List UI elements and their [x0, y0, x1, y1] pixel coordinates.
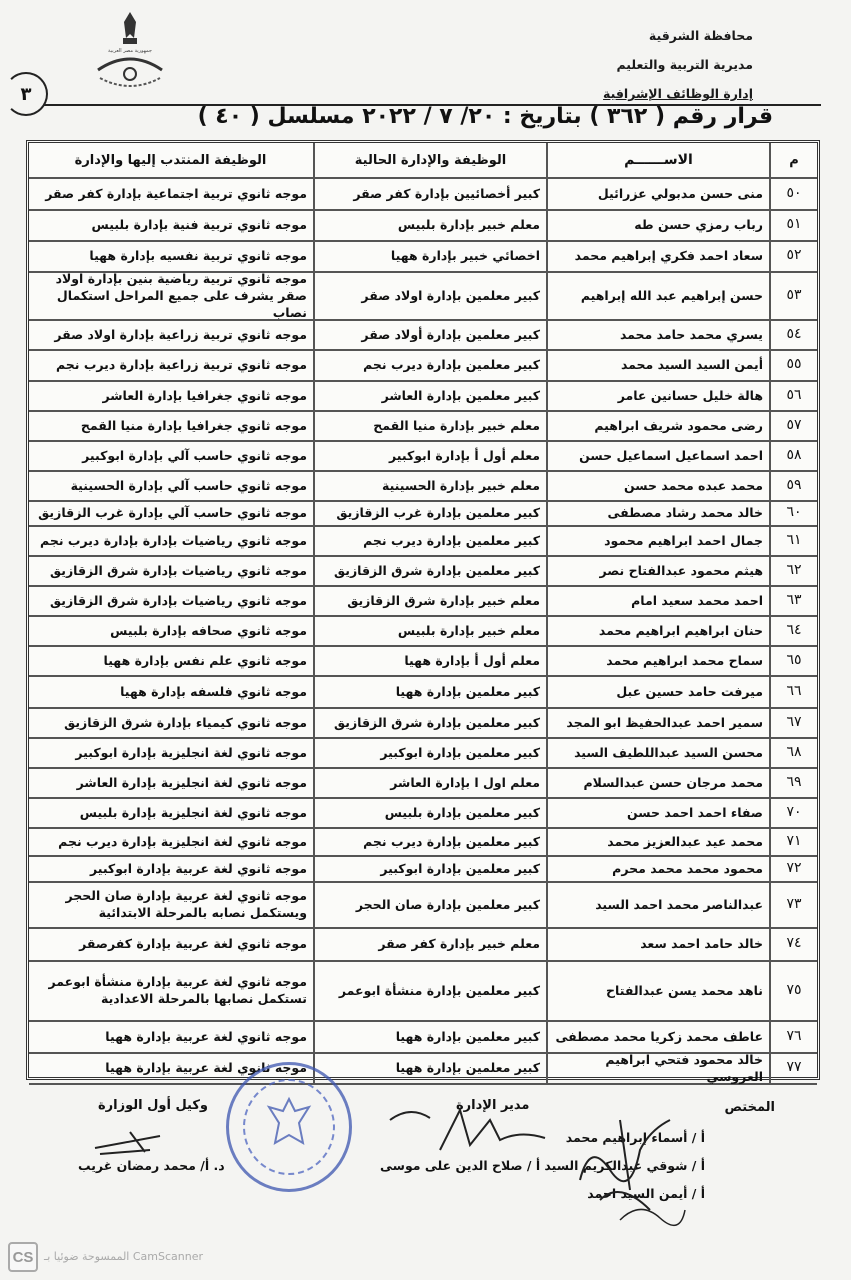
row-number: ٦٧	[769, 707, 817, 737]
current-position: معلم خبير بإدارة بلبيس	[313, 209, 546, 240]
table-row: ٦٤حنان ابراهيم ابراهيم محمدمعلم خبير بإد…	[29, 615, 817, 647]
current-position: كبير معلمين بإدارة منشأة ابوعمر	[313, 960, 546, 1020]
assigned-position: موجه ثانوي رياضيات بإدارة شرق الزقازيق	[28, 585, 313, 615]
current-position: كبير معلمين بإدارة ابوكبير	[313, 737, 546, 767]
row-number: ٦٥	[769, 645, 817, 675]
current-position: كبير معلمين بإدارة ديرب نجم	[313, 525, 546, 555]
assigned-position: موجه ثانوي لغة انجليزية بإدارة ابوكبير	[28, 737, 313, 767]
employee-name: حسن إبراهيم عبد الله إبراهيم	[546, 271, 769, 319]
row-number: ٧٧	[769, 1052, 817, 1083]
employee-name: منى حسن مدبولي عزرائيل	[546, 177, 769, 209]
employee-name: جمال احمد ابراهيم محمود	[546, 525, 769, 555]
assigned-position: موجه ثانوي لغة انجليزية بإدارة بلبيس	[28, 797, 313, 827]
employee-name: سماح محمد ابراهيم محمد	[546, 645, 769, 675]
current-position: كبير معلمين بإدارة بلبيس	[313, 797, 546, 827]
table-row: ٦٨محسن السيد عبداللطيف السيدكبير معلمين …	[29, 737, 817, 769]
current-position: معلم خبير بإدارة بلبيس	[313, 615, 546, 645]
employee-name: خالد محمود فتحي ابراهيم العروسي	[546, 1052, 769, 1083]
table-row: ٥٠منى حسن مدبولي عزرائيلكبير أخصائيين بإ…	[29, 177, 817, 211]
assigned-position: موجه ثانوي تربية رياضية بنين بإدارة اولا…	[28, 271, 313, 319]
assigned-position: موجه ثانوي علم نفس بإدارة ههيا	[28, 645, 313, 675]
row-number: ٥١	[769, 209, 817, 240]
employee-name: يسري محمد حامد محمد	[546, 319, 769, 349]
assigned-position: موجه ثانوي لغة انجليزية بإدارة ديرب نجم	[28, 827, 313, 855]
assigned-position: موجه ثانوي حاسب آلي بإدارة ابوكبير	[28, 440, 313, 470]
current-position: معلم أول أ بإدارة ابوكبير	[313, 440, 546, 470]
employee-name: خالد حامد احمد سعد	[546, 927, 769, 960]
assigned-position: موجه ثانوي صحافه بإدارة بلبيس	[28, 615, 313, 645]
row-number: ٧٥	[769, 960, 817, 1020]
table-row: ٥١رباب رمزي حسن طهمعلم خبير بإدارة بلبيس…	[29, 209, 817, 242]
employee-name: محسن السيد عبداللطيف السيد	[546, 737, 769, 767]
row-number: ٥٦	[769, 380, 817, 410]
employee-name: احمد محمد سعيد امام	[546, 585, 769, 615]
svg-text:جمهورية مصر العربية: جمهورية مصر العربية	[108, 48, 152, 54]
table-row: ٦٥سماح محمد ابراهيم محمدمعلم أول أ بإدار…	[29, 645, 817, 677]
employee-name: ناهد محمد يسن عبدالفتاح	[546, 960, 769, 1020]
table-row: ٧٢محمود محمد محمد محرمكبير معلمين بإدارة…	[29, 855, 817, 883]
specialist-signature-icon	[560, 1100, 690, 1230]
table-row: ٥٨احمد اسماعيل اسماعيل حسنمعلم أول أ بإد…	[29, 440, 817, 472]
current-position: كبير أخصائيين بإدارة كفر صقر	[313, 177, 546, 209]
row-number: ٦٨	[769, 737, 817, 767]
assigned-position: موجه ثانوي لغة عربية بإدارة كفرصقر	[28, 927, 313, 960]
employee-name: ميرفت حامد حسين عبل	[546, 675, 769, 707]
employee-name: محمد عبده محمد حسن	[546, 470, 769, 500]
row-number: ٦٩	[769, 767, 817, 797]
row-number: ٦١	[769, 525, 817, 555]
undersecretary-signature-icon	[90, 1128, 170, 1158]
current-position: معلم خبير بإدارة شرق الزقازيق	[313, 585, 546, 615]
document-page: محافظة الشرقية مديرية التربية والتعليم إ…	[0, 0, 851, 1280]
assigned-position: موجه ثانوي تربية اجتماعية بإدارة كفر صقر	[28, 177, 313, 209]
table-row: ٥٧رضى محمود شريف ابراهيممعلم خبير بإدارة…	[29, 410, 817, 442]
assigned-position: موجه ثانوي حاسب آلي بإدارة الحسينية	[28, 470, 313, 500]
assigned-position: موجه ثانوي كيمياء بإدارة شرق الزقازيق	[28, 707, 313, 737]
current-position: كبير معلمين بإدارة ديرب نجم	[313, 349, 546, 380]
undersecretary-name: د. أ/ محمد رمضان غريب	[78, 1158, 225, 1173]
current-position: اخصائي خبير بإدارة ههيا	[313, 240, 546, 271]
director-name: أ / صلاح الدين على موسى	[380, 1158, 540, 1173]
camscanner-watermark: الممسوحة ضوئيا بـ CamScanner	[44, 1250, 203, 1263]
table-header-row: م الاســــــم الوظيفة والإدارة الحالية ا…	[29, 143, 817, 179]
assigned-position: موجه ثانوي تربية فنية بإدارة بلبيس	[28, 209, 313, 240]
column-header-new-job: الوظيفة المنتدب إليها والإدارة	[28, 143, 313, 177]
table-row: ٧٤خالد حامد احمد سعدمعلم خبير بإدارة كفر…	[29, 927, 817, 962]
employee-name: احمد اسماعيل اسماعيل حسن	[546, 440, 769, 470]
undersecretary-title: وكيل أول الوزارة	[98, 1098, 208, 1113]
employee-name: هيثم محمود عبدالفتاح نصر	[546, 555, 769, 585]
row-number: ٧١	[769, 827, 817, 855]
table-row: ٧٠صفاء احمد احمد حسنكبير معلمين بإدارة ب…	[29, 797, 817, 829]
row-number: ٥٢	[769, 240, 817, 271]
specialist-title: المختص	[725, 1100, 775, 1115]
current-position: كبير معلمين بإدارة ابوكبير	[313, 855, 546, 881]
table-row: ٦٩محمد مرجان حسن عبدالسلاممعلم اول ا بإد…	[29, 767, 817, 799]
column-header-current-job: الوظيفة والإدارة الحالية	[313, 143, 546, 177]
department-label: إدارة الوظائف الإشرافية	[603, 86, 753, 101]
row-number: ٧٠	[769, 797, 817, 827]
row-number: ٧٤	[769, 927, 817, 960]
table-row: ٦٣احمد محمد سعيد اماممعلم خبير بإدارة شر…	[29, 585, 817, 617]
current-position: كبير معلمين بإدارة شرق الزقازيق	[313, 555, 546, 585]
row-number: ٥٠	[769, 177, 817, 209]
employee-name: سعاد احمد فكري إبراهيم محمد	[546, 240, 769, 271]
assigned-position: موجه ثانوي فلسفه بإدارة ههيا	[28, 675, 313, 707]
employee-name: سمير احمد عبدالحفيظ ابو المجد	[546, 707, 769, 737]
current-position: معلم خبير بإدارة الحسينية	[313, 470, 546, 500]
row-number: ٦٣	[769, 585, 817, 615]
current-position: كبير معلمين بإدارة العاشر	[313, 380, 546, 410]
governorate-label: محافظة الشرقية	[649, 28, 753, 43]
decree-title: قرار رقم ( ٣٦٢ ) بتاريخ : ٢٠/ ٧ / ٢٠٢٢ م…	[198, 104, 773, 129]
employee-name: أيمن السيد السيد محمد	[546, 349, 769, 380]
current-position: كبير معلمين بإدارة غرب الزقازيق	[313, 500, 546, 525]
row-number: ٥٥	[769, 349, 817, 380]
table-row: ٦٦ميرفت حامد حسين عبلكبير معلمين بإدارة …	[29, 675, 817, 709]
row-number: ٥٣	[769, 271, 817, 319]
row-number: ٥٤	[769, 319, 817, 349]
assigned-position: موجه ثانوي جغرافيا بإدارة منيا القمح	[28, 410, 313, 440]
current-position: كبير معلمين بإدارة أولاد صقر	[313, 319, 546, 349]
assigned-position: موجه ثانوي حاسب آلي بإدارة غرب الزقازيق	[28, 500, 313, 525]
employee-name: محمد عيد عبدالعزيز محمد	[546, 827, 769, 855]
current-position: كبير معلمين بإدارة شرق الزقازيق	[313, 707, 546, 737]
assigned-position: موجه ثانوي رياضيات بإدارة شرق الزقازيق	[28, 555, 313, 585]
row-number: ٦٢	[769, 555, 817, 585]
current-position: معلم خبير بإدارة منيا القمح	[313, 410, 546, 440]
assigned-position: موجه ثانوي لغة عربية بإدارة منشأة ابوعمر…	[28, 960, 313, 1020]
table-row: ٥٦هالة خليل حسانين عامركبير معلمين بإدار…	[29, 380, 817, 412]
official-stamp-icon	[226, 1062, 352, 1192]
employee-name: صفاء احمد احمد حسن	[546, 797, 769, 827]
assigned-position: موجه ثانوي رياضيات بإدارة بإدارة ديرب نج…	[28, 525, 313, 555]
table-row: ٦١جمال احمد ابراهيم محمودكبير معلمين بإد…	[29, 525, 817, 557]
current-position: معلم أول أ بإدارة ههيا	[313, 645, 546, 675]
employee-name: حنان ابراهيم ابراهيم محمد	[546, 615, 769, 645]
employee-name: رضى محمود شريف ابراهيم	[546, 410, 769, 440]
table-row: ٧٧خالد محمود فتحي ابراهيم العروسيكبير مع…	[29, 1052, 817, 1085]
assigned-position: موجه ثانوي تربية زراعية بإدارة ديرب نجم	[28, 349, 313, 380]
row-number: ٦٦	[769, 675, 817, 707]
employee-name: عاطف محمد زكريا محمد مصطفى	[546, 1020, 769, 1052]
table-row: ٧١محمد عيد عبدالعزيز محمدكبير معلمين بإد…	[29, 827, 817, 857]
employee-name: هالة خليل حسانين عامر	[546, 380, 769, 410]
assigned-position: موجه ثانوي جغرافيا بإدارة العاشر	[28, 380, 313, 410]
row-number: ٥٩	[769, 470, 817, 500]
row-number: ٥٧	[769, 410, 817, 440]
current-position: كبير معلمين بإدارة ههيا	[313, 1020, 546, 1052]
assigned-position: موجه ثانوي لغة عربية بإدارة صان الحجر وي…	[28, 881, 313, 927]
row-number: ٦٤	[769, 615, 817, 645]
employee-name: رباب رمزي حسن طه	[546, 209, 769, 240]
table-row: ٥٢سعاد احمد فكري إبراهيم محمداخصائي خبير…	[29, 240, 817, 273]
column-header-name: الاســــــم	[546, 143, 769, 177]
table-row: ٥٣حسن إبراهيم عبد الله إبراهيمكبير معلمي…	[29, 271, 817, 321]
row-number: ٥٨	[769, 440, 817, 470]
table-row: ٧٥ناهد محمد يسن عبدالفتاحكبير معلمين بإد…	[29, 960, 817, 1022]
table-row: ٧٣عبدالناصر محمد احمد السيدكبير معلمين ب…	[29, 881, 817, 929]
row-number: ٧٣	[769, 881, 817, 927]
assigned-position: موجه ثانوي تربية نفسيه بإدارة ههيا	[28, 240, 313, 271]
row-number: ٧٢	[769, 855, 817, 881]
current-position: كبير معلمين بإدارة صان الحجر	[313, 881, 546, 927]
table-row: ٦٢هيثم محمود عبدالفتاح نصركبير معلمين بإ…	[29, 555, 817, 587]
assigned-position: موجه ثانوي لغة عربية بإدارة ابوكبير	[28, 855, 313, 881]
current-position: كبير معلمين بإدارة ديرب نجم	[313, 827, 546, 855]
employee-name: عبدالناصر محمد احمد السيد	[546, 881, 769, 927]
employee-name: محمد مرجان حسن عبدالسلام	[546, 767, 769, 797]
current-position: معلم اول ا بإدارة العاشر	[313, 767, 546, 797]
directorate-label: مديرية التربية والتعليم	[616, 57, 753, 72]
assigned-position: موجه ثانوي تربية زراعية بإدارة اولاد صقر	[28, 319, 313, 349]
director-signature-icon	[380, 1100, 550, 1160]
table-row: ٦٧سمير احمد عبدالحفيظ ابو المجدكبير معلم…	[29, 707, 817, 739]
employee-name: محمود محمد محمد محرم	[546, 855, 769, 881]
decree-table: م الاســــــم الوظيفة والإدارة الحالية ا…	[26, 140, 820, 1080]
assigned-position: موجه ثانوي لغة عربية بإدارة ههيا	[28, 1020, 313, 1052]
table-row: ٥٩محمد عبده محمد حسنمعلم خبير بإدارة الح…	[29, 470, 817, 502]
page-number: ٣	[4, 72, 48, 116]
assigned-position: موجه ثانوي لغة انجليزية بإدارة العاشر	[28, 767, 313, 797]
current-position: كبير معلمين بإدارة اولاد صقر	[313, 271, 546, 319]
current-position: معلم خبير بإدارة كفر صقر	[313, 927, 546, 960]
camscanner-logo-icon: CS	[8, 1242, 38, 1272]
employee-name: خالد محمد رشاد مصطفى	[546, 500, 769, 525]
row-number: ٧٦	[769, 1020, 817, 1052]
table-row: ٥٥أيمن السيد السيد محمدكبير معلمين بإدار…	[29, 349, 817, 382]
row-number: ٦٠	[769, 500, 817, 525]
table-row: ٦٠خالد محمد رشاد مصطفىكبير معلمين بإدارة…	[29, 500, 817, 527]
column-header-num: م	[769, 143, 817, 177]
current-position: كبير معلمين بإدارة ههيا	[313, 675, 546, 707]
current-position: كبير معلمين بإدارة ههيا	[313, 1052, 546, 1083]
ministry-logo-icon: جمهورية مصر العربية	[90, 8, 170, 100]
table-row: ٧٦عاطف محمد زكريا محمد مصطفىكبير معلمين …	[29, 1020, 817, 1054]
table-row: ٥٤يسري محمد حامد محمدكبير معلمين بإدارة …	[29, 319, 817, 351]
